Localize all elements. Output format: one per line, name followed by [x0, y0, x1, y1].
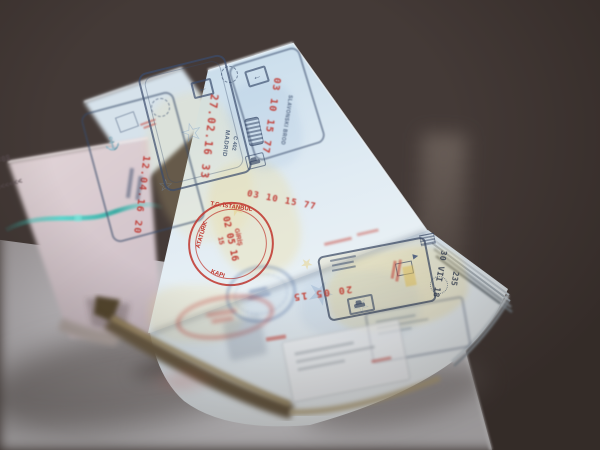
- stamp-faint-blob: [222, 314, 267, 361]
- star-icon: ★: [299, 255, 314, 271]
- photo-passport-scene: ☆ ☆ ★ ★ ★ ☆ 80>>>>>>>>>96ZE8>> >>>>>>>>>…: [0, 0, 600, 450]
- red-stamp-smear: [146, 366, 218, 396]
- plane-arrow-icon: ►: [410, 250, 421, 262]
- hologram-glint: [75, 215, 82, 222]
